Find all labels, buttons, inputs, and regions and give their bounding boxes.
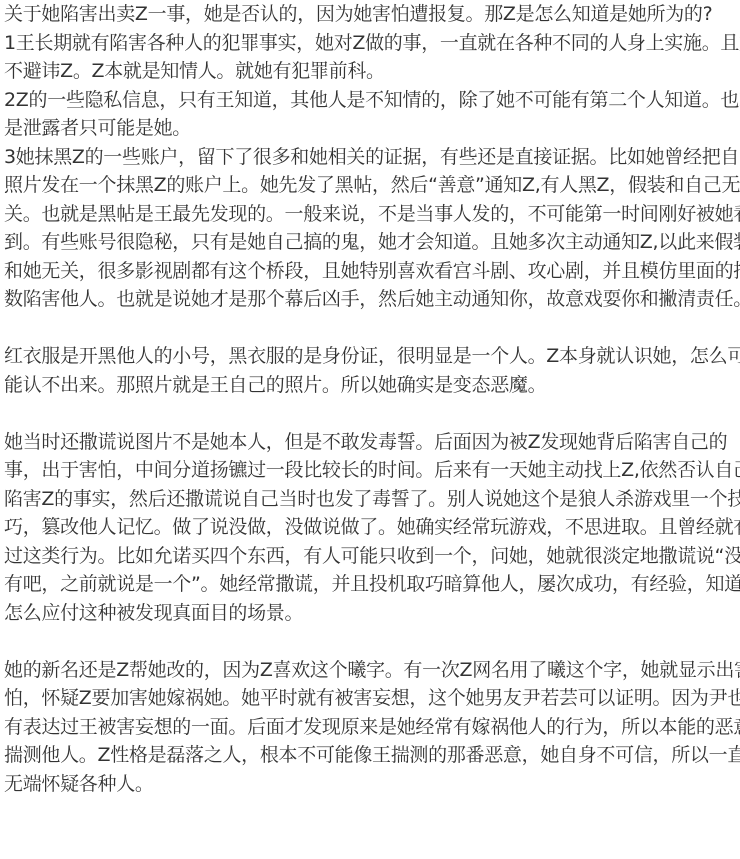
text-line: 2Z的一些隐私信息，只有王知道，其他人是不知情的，除了她不可能有第二个人知道。也… — [4, 86, 740, 115]
text-line: 是泄露者只可能是她。 — [4, 114, 740, 143]
text-line: 不避讳Z。Z本就是知情人。就她有犯罪前科。 — [4, 57, 740, 86]
paragraph-3: 她当时还撒谎说图片不是她本人，但是不敢发毒誓。后面因为被Z发现她背后陷害自己的 … — [4, 428, 740, 628]
text-line: 红衣服是开黑他人的小号，黑衣服的是身份证，很明显是一个人。Z本身就认识她，怎么可 — [4, 342, 740, 371]
text-line: 巧，篡改他人记忆。做了说没做，没做说做了。她确实经常玩游戏，不思进取。且曾经就有 — [4, 513, 740, 542]
text-line: 陷害Z的事实，然后还撒谎说自己当时也发了毒誓了。别人说她这个是狼人杀游戏里一个技 — [4, 485, 740, 514]
paragraph-2: 红衣服是开黑他人的小号，黑衣服的是身份证，很明显是一个人。Z本身就认识她，怎么可… — [4, 342, 740, 399]
text-line: 事，出于害怕，中间分道扬镳过一段比较长的时间。后来有一天她主动找上Z,依然否认自… — [4, 456, 740, 485]
paragraph-spacer — [4, 627, 740, 656]
text-line: 数陷害他人。也就是说她才是那个幕后凶手，然后她主动通知你，故意戏耍你和撇清责任。 — [4, 285, 740, 314]
text-line: 怕，怀疑Z要加害她嫁祸她。她平时就有被害妄想，这个她男友尹若芸可以证明。因为尹也 — [4, 684, 740, 713]
paragraph-spacer — [4, 399, 740, 428]
text-line: 有吧，之前就说是一个”。她经常撒谎，并且投机取巧暗算他人，屡次成功，有经验，知道 — [4, 570, 740, 599]
text-line: 关。也就是黑帖是王最先发现的。一般来说，不是当事人发的，不可能第一时间刚好被她看 — [4, 200, 740, 229]
document-body: 关于她陷害出卖Z一事，她是否认的，因为她害怕遭报复。那Z是怎么知道是她所为的? … — [0, 0, 740, 798]
paragraph-spacer — [4, 314, 740, 343]
text-line: 关于她陷害出卖Z一事，她是否认的，因为她害怕遭报复。那Z是怎么知道是她所为的? — [4, 0, 740, 29]
text-line: 照片发在一个抹黑Z的账户上。她先发了黑帖，然后“善意”通知Z,有人黑Z，假装和自… — [4, 171, 740, 200]
paragraph-1: 关于她陷害出卖Z一事，她是否认的，因为她害怕遭报复。那Z是怎么知道是她所为的? … — [4, 0, 740, 314]
text-line: 怎么应付这种被发现真面目的场景。 — [4, 599, 740, 628]
text-line: 和她无关，很多影视剧都有这个桥段，且她特别喜欢看宫斗剧、攻心剧，并且模仿里面的招 — [4, 257, 740, 286]
text-line: 无端怀疑各种人。 — [4, 770, 740, 799]
text-line: 她当时还撒谎说图片不是她本人，但是不敢发毒誓。后面因为被Z发现她背后陷害自己的 — [4, 428, 740, 457]
text-line: 能认不出来。那照片就是王自己的照片。所以她确实是变态恶魔。 — [4, 371, 740, 400]
paragraph-4: 她的新名还是Z帮她改的，因为Z喜欢这个曦字。有一次Z网名用了曦这个字，她就显示出… — [4, 656, 740, 799]
text-line: 有表达过王被害妄想的一面。后面才发现原来是她经常有嫁祸他人的行为，所以本能的恶意 — [4, 713, 740, 742]
text-line: 她的新名还是Z帮她改的，因为Z喜欢这个曦字。有一次Z网名用了曦这个字，她就显示出… — [4, 656, 740, 685]
text-line: 1王长期就有陷害各种人的犯罪事实，她对Z做的事，一直就在各种不同的人身上实施。且… — [4, 29, 740, 58]
text-line: 过这类行为。比如允诺买四个东西，有人可能只收到一个，问她，她就很淡定地撒谎说“没 — [4, 542, 740, 571]
text-line: 3她抹黑Z的一些账户，留下了很多和她相关的证据，有些还是直接证据。比如她曾经把自… — [4, 143, 740, 172]
text-line: 揣测他人。Z性格是磊落之人，根本不可能像王揣测的那番恶意，她自身不可信，所以一直 — [4, 741, 740, 770]
text-line: 到。有些账号很隐秘，只有是她自己搞的鬼，她才会知道。且她多次主动通知Z,以此来假… — [4, 228, 740, 257]
